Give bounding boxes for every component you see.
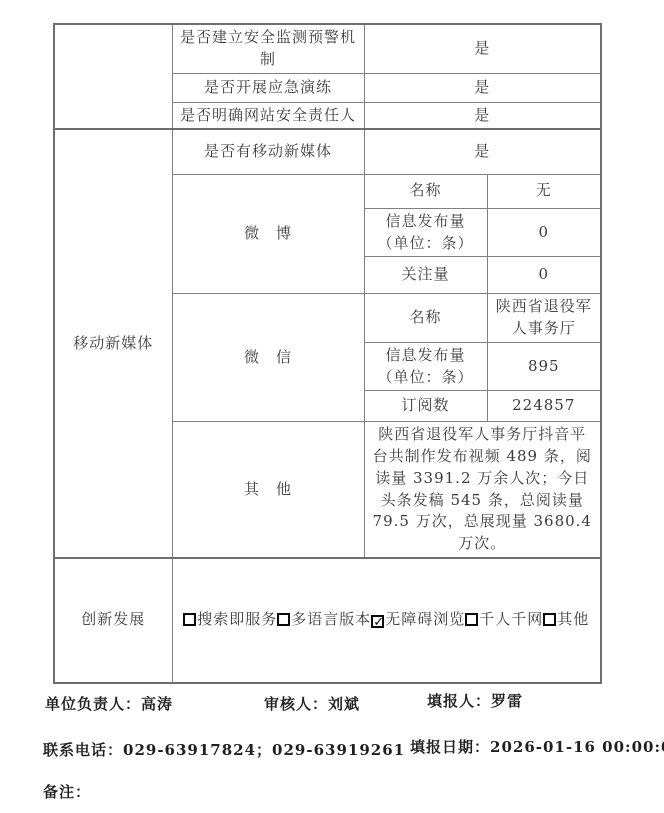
filler-label: 填报人： xyxy=(427,692,491,710)
option-multilingual: 多语言版本 xyxy=(277,609,371,631)
report-date-line: 填报日期：2026-01-16 00:00:00 xyxy=(410,736,664,757)
row-label-line1: 订阅数 xyxy=(371,395,481,417)
row-value: 是 xyxy=(364,102,601,129)
row-value: 是 xyxy=(364,73,601,102)
option-search-as-service: 搜索即服务 xyxy=(183,609,277,631)
report-date-value: 2026-01-16 00:00:00 xyxy=(490,738,664,756)
section-header-cell-empty xyxy=(54,24,172,129)
unit-head-value: 高涛 xyxy=(141,695,173,713)
option-accessibility: ✓无障碍浏览 xyxy=(371,609,465,631)
row-label-line1: 名称 xyxy=(371,307,481,329)
checkbox-accessibility-checked[interactable]: ✓ xyxy=(371,615,384,628)
row-label: 订阅数 xyxy=(364,391,487,422)
other-media-description: 陕西省退役军人事务厅抖音平台共制作发布视频 489 条，阅读量 3391.2 万… xyxy=(364,422,601,558)
row-value: 无 xyxy=(487,174,601,208)
unit-head-label: 单位负责人： xyxy=(45,695,141,713)
row-label: 信息发布量 （单位：条） xyxy=(364,208,487,257)
innovation-options-cell: 搜索即服务多语言版本✓无障碍浏览千人千网其他 xyxy=(172,558,601,683)
phone-label: 联系电话： xyxy=(43,741,123,759)
row-value: 0 xyxy=(487,208,601,257)
row-label-line1: 信息发布量 xyxy=(371,345,481,367)
auditor-value: 刘斌 xyxy=(328,695,360,713)
option-label: 千人千网 xyxy=(479,610,543,628)
row-value: 是 xyxy=(364,129,601,174)
unit-head-line: 单位负责人：高涛 xyxy=(45,693,173,714)
row-label: 是否明确网站安全责任人 xyxy=(172,102,364,129)
row-label-line1: 关注量 xyxy=(371,264,481,286)
row-label: 信息发布量 （单位：条） xyxy=(364,342,487,391)
row-label: 是否建立安全监测预警机制 xyxy=(172,24,364,73)
option-label: 无障碍浏览 xyxy=(385,610,465,628)
option-label: 搜索即服务 xyxy=(197,610,277,628)
row-value: 0 xyxy=(487,257,601,294)
auditor-line: 审核人：刘斌 xyxy=(264,693,360,714)
phone-line: 联系电话：029-63917824；029-63919261 xyxy=(43,739,405,760)
section-header-mobile-media: 移动新媒体 xyxy=(54,129,172,558)
filler-value: 罗雷 xyxy=(491,692,523,710)
checkbox-thousand-sites[interactable] xyxy=(465,613,478,626)
table-row: 移动新媒体 是否有移动新媒体 是 xyxy=(54,129,601,174)
row-value: 224857 xyxy=(487,391,601,422)
row-label-line2: （单位：条） xyxy=(371,367,481,389)
row-value: 是 xyxy=(364,24,601,73)
weibo-header-cell: 微 博 xyxy=(172,174,364,294)
row-label-line1: 名称 xyxy=(371,180,481,202)
row-label: 是否有移动新媒体 xyxy=(172,129,364,174)
checkbox-multilingual[interactable] xyxy=(277,613,290,626)
row-value: 陕西省退役军人事务厅 xyxy=(487,294,601,343)
other-header-cell: 其 他 xyxy=(172,422,364,558)
row-label: 是否开展应急演练 xyxy=(172,73,364,102)
wechat-header-cell: 微 信 xyxy=(172,294,364,422)
row-label: 名称 xyxy=(364,294,487,343)
checkbox-other[interactable] xyxy=(543,613,556,626)
option-label: 多语言版本 xyxy=(291,610,371,628)
report-date-label: 填报日期： xyxy=(410,738,490,756)
report-table: 是否建立安全监测预警机制 是 是否开展应急演练 是 是否明确网站安全责任人 是 … xyxy=(53,23,602,684)
row-label-line2: （单位：条） xyxy=(371,233,481,255)
table-row: 创新发展 搜索即服务多语言版本✓无障碍浏览千人千网其他 xyxy=(54,558,601,683)
auditor-label: 审核人： xyxy=(264,695,328,713)
option-thousand-sites: 千人千网 xyxy=(465,609,543,631)
section-header-innovation: 创新发展 xyxy=(54,558,172,683)
annual-report-page: 是否建立安全监测预警机制 是 是否开展应急演练 是 是否明确网站安全责任人 是 … xyxy=(0,0,664,813)
option-label: 其他 xyxy=(557,610,589,628)
option-other: 其他 xyxy=(543,609,589,631)
phone-value: 029-63917824；029-63919261 xyxy=(123,741,405,759)
filler-line: 填报人：罗雷 xyxy=(427,690,523,711)
table-row: 是否建立安全监测预警机制 是 xyxy=(54,24,601,73)
checkbox-search-as-service[interactable] xyxy=(183,613,196,626)
row-value: 895 xyxy=(487,342,601,391)
remark-label: 备注： xyxy=(43,783,91,801)
row-label-line1: 信息发布量 xyxy=(371,211,481,233)
row-label: 关注量 xyxy=(364,257,487,294)
row-label: 名称 xyxy=(364,174,487,208)
remark-line: 备注： xyxy=(43,781,91,802)
